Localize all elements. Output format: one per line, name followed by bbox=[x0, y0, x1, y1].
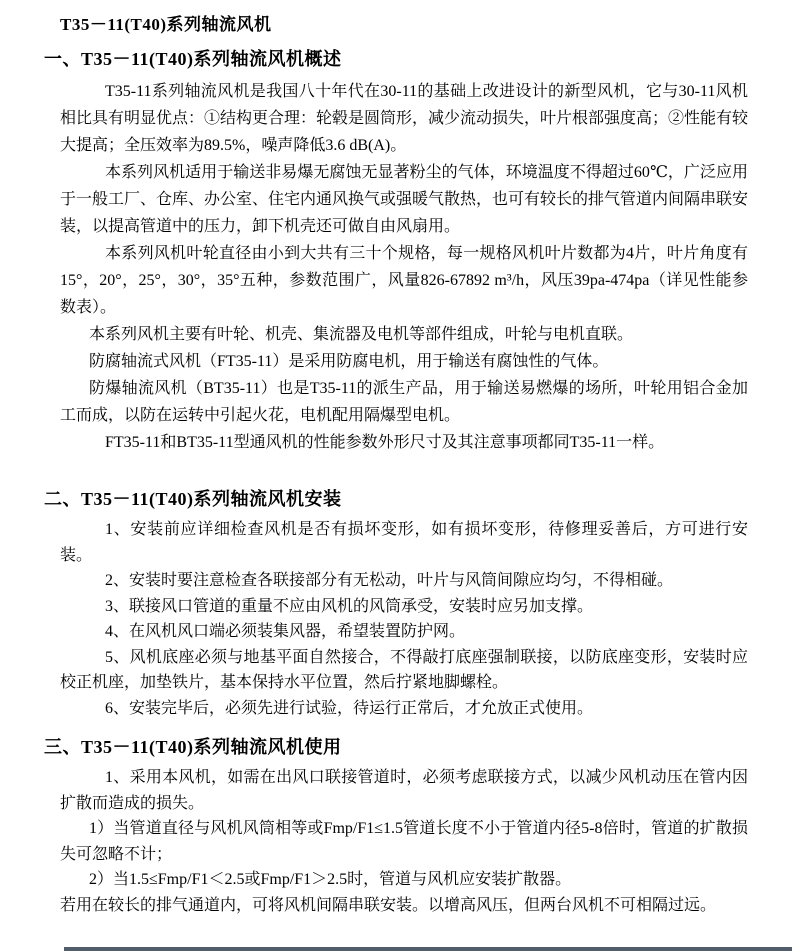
install-item-6: 6、安装完毕后，必须先进行试验，待运行正常后，才允放正式使用。 bbox=[60, 696, 748, 722]
section-installation-heading: 二、T35－11(T40)系列轴流风机安装 bbox=[44, 486, 800, 512]
section-usage-heading: 三、T35－11(T40)系列轴流风机使用 bbox=[44, 734, 800, 760]
section-overview: 一、T35－11(T40)系列轴流风机概述 T35-11系列轴流风机是我国八十年… bbox=[0, 46, 800, 456]
usage-subitem-2: 2）当1.5≤Fmp/F1＜2.5或Fmp/F1＞2.5时，管道与风机应安装扩散… bbox=[60, 867, 748, 893]
document-page: T35－11(T40)系列轴流风机 一、T35－11(T40)系列轴流风机概述 … bbox=[0, 0, 800, 952]
paragraph-overview-7: FT35-11和BT35-11型通风机的性能参数外形尺寸及其注意事项都同T35-… bbox=[60, 429, 748, 456]
paragraph-overview-6: 防爆轴流风机（BT35-11）也是T35-11的派生产品，用于输送易燃爆的场所，… bbox=[60, 375, 748, 429]
install-item-1: 1、安装前应详细检查风机是否有损坏变形，如有损坏变形，待修理妥善后，方可进行安装… bbox=[60, 517, 748, 568]
section-installation: 二、T35－11(T40)系列轴流风机安装 1、安装前应详细检查风机是否有损坏变… bbox=[0, 486, 800, 721]
usage-item-1: 1、采用本风机，如需在出风口联接管道时，必须考虑联接方式，以减少风机动压在管内因… bbox=[60, 765, 748, 816]
section-overview-heading: 一、T35－11(T40)系列轴流风机概述 bbox=[44, 46, 800, 72]
cutoff-table-edge bbox=[64, 947, 792, 951]
paragraph-overview-1: T35-11系列轴流风机是我国八十年代在30-11的基础上改进设计的新型风机，它… bbox=[60, 78, 748, 159]
install-item-5: 5、风机底座必须与地基平面自然接合，不得敲打底座强制联接，以防底座变形，安装时应… bbox=[60, 645, 748, 696]
install-item-4: 4、在风机风口端必须装集风器，希望装置防护网。 bbox=[60, 619, 748, 645]
install-item-3: 3、联接风口管道的重量不应由风机的风筒承受，安装时应另加支撑。 bbox=[60, 594, 748, 620]
paragraph-overview-2: 本系列风机适用于输送非易爆无腐蚀无显著粉尘的气体，环境温度不得超过60℃，广泛应… bbox=[60, 159, 748, 240]
paragraph-overview-3: 本系列风机叶轮直径由小到大共有三十个规格，每一规格风机叶片数都为4片，叶片角度有… bbox=[60, 240, 748, 321]
doc-title: T35－11(T40)系列轴流风机 bbox=[60, 0, 800, 38]
paragraph-overview-4: 本系列风机主要有叶轮、机壳、集流器及电机等部件组成，叶轮与电机直联。 bbox=[60, 321, 748, 348]
install-item-2: 2、安装时要注意检查各联接部分有无松动，叶片与风筒间隙应均匀，不得相碰。 bbox=[60, 568, 748, 594]
section-usage: 三、T35－11(T40)系列轴流风机使用 1、采用本风机，如需在出风口联接管道… bbox=[0, 734, 800, 918]
paragraph-overview-5: 防腐轴流式风机（FT35-11）是采用防腐电机，用于输送有腐蚀性的气体。 bbox=[60, 348, 748, 375]
usage-subitem-1: 1）当管道直径与风机风筒相等或Fmp/F1≤1.5管道长度不小于管道内径5-8倍… bbox=[60, 816, 748, 867]
usage-note: 若用在较长的排气通道内，可将风机间隔串联安装。以增高风压，但两台风机不可相隔过远… bbox=[60, 893, 748, 919]
